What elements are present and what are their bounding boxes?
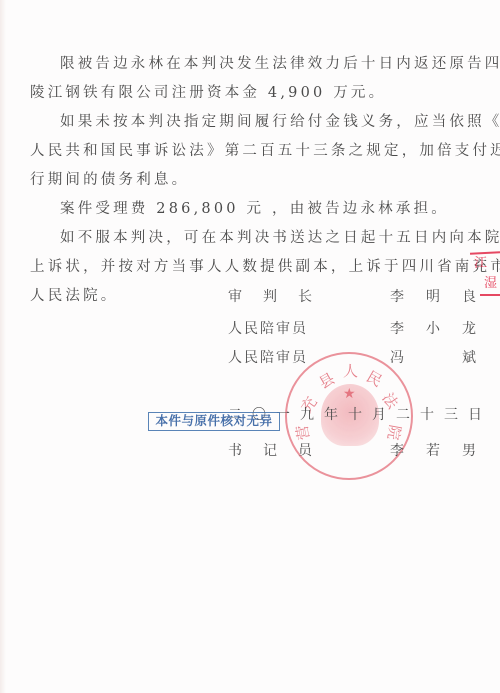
paragraph-2-line-2: 人民共和国民事诉讼法》第二百五十三条之规定，加倍支付迟延履 [30,138,500,164]
signature-title: 人民陪审员 [228,318,308,338]
paragraph-4-line-2: 上诉状，并按对方当事人人数提供副本，上诉于四川省南充市中级 [30,254,500,280]
paragraph-4-line-1: 如不服本判决，可在本判决书送达之日起十五日内向本院递交 [60,225,500,251]
paragraph-2-line-1: 如果未按本判决指定期间履行给付金钱义务，应当依照《中华 [60,109,500,135]
edge-stamp-char-1: 江 [474,256,487,272]
date-char: 十 [420,404,434,424]
signature-name: 李 若 男 [390,440,476,460]
name-char: 若 [426,440,440,460]
title-char: 书 [228,440,244,460]
edge-stamp-bottom-bar [480,294,500,296]
name-char: 李 [390,286,404,306]
paragraph-3-line-1: 案件受理费 286,800 元 ，由被告边永林承担。 [60,196,449,222]
title-char: 员 [298,440,314,460]
paragraph-4-line-3: 人民法院。 [30,283,119,309]
signature-name: 李 明 良 [390,286,476,306]
name-char: 良 [462,286,476,306]
seal-char: 营 [291,423,314,441]
date-char: 年 [324,404,338,424]
name-char: 明 [426,286,440,306]
seal-char: 民 [363,366,387,392]
signature-title: 人民陪审员 [228,347,308,367]
date-char: 二 [396,404,410,424]
paragraph-1-line-2: 陵江钢铁有限公司注册资本金 4,900 万元。 [30,80,386,106]
signature-title: 审 判 长 [228,286,314,306]
title-char: 审 [228,286,244,306]
title-char: 记 [263,440,279,460]
date-char: 十 [348,404,362,424]
page-edge-shadow [0,0,6,693]
name-char: 龙 [462,318,476,338]
edge-stamp-char-2: 湿 [484,276,497,292]
name-char: 李 [390,440,404,460]
title-char: 长 [298,286,314,306]
paragraph-2-line-3: 行期间的债务利息。 [30,167,189,193]
name-char: 李 [390,318,404,338]
name-char: 男 [462,440,476,460]
seal-char: 院 [383,423,406,441]
date-char: 九 [300,404,314,424]
paragraph-1-line-1: 限被告边永林在本判决发生法律效力后十日内返还原告四川嘉 [60,51,500,77]
date-char: 三 [444,404,458,424]
name-char: 斌 [462,347,476,367]
date-char: 日 [468,404,482,424]
seal-star-icon: ★ [343,386,356,402]
title-char: 判 [263,286,279,306]
edge-stamp-top-bar [470,251,500,255]
name-char: 小 [426,318,440,338]
date-char: 月 [372,404,386,424]
signature-title: 书 记 员 [228,440,314,460]
signature-name: 冯 斌 [390,347,476,367]
name-char: 冯 [390,347,404,367]
copy-verified-stamp: 本件与原件核对无异 [148,412,280,431]
signature-name: 李 小 龙 [390,318,476,338]
seal-char: 人 [343,360,358,381]
